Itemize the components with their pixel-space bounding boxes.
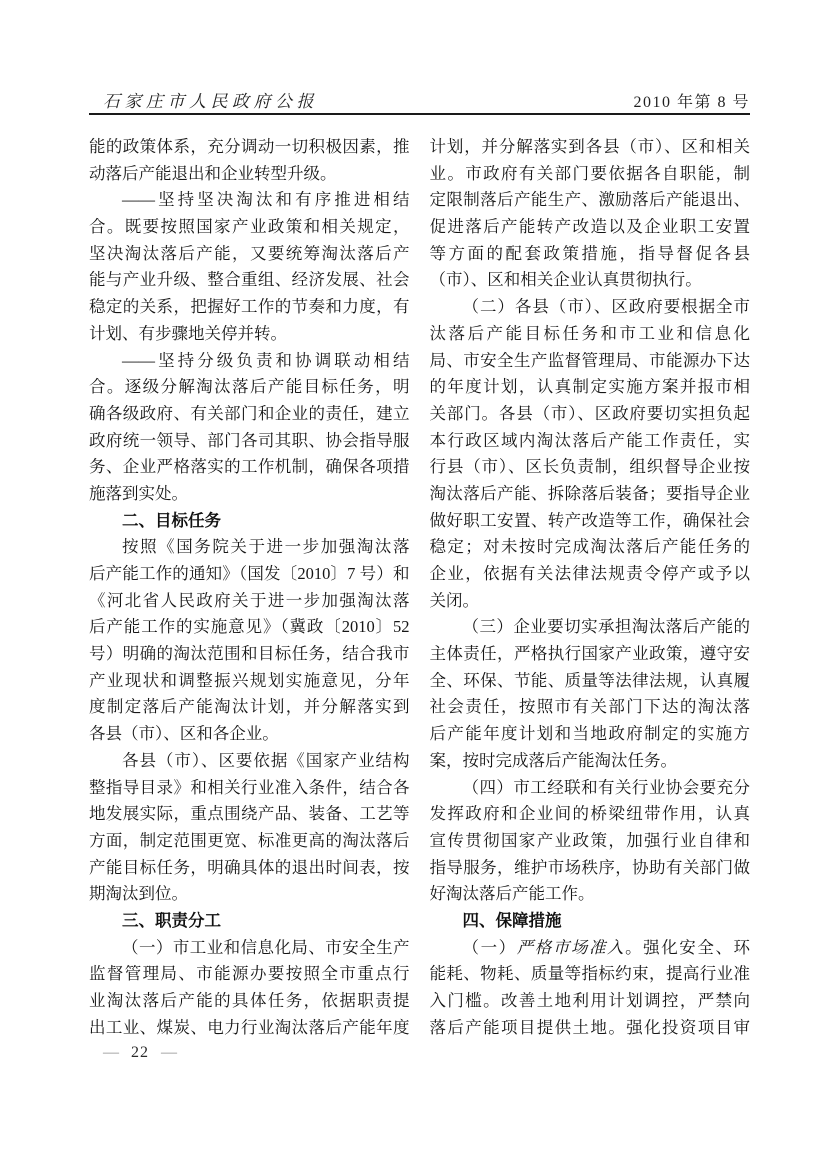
text-line: 等方面的配套政策措施，指导督促各县 xyxy=(430,241,751,268)
footer-dash-left: — xyxy=(103,1044,119,1061)
text-line: （二）各县（市）、区政府要根据全市淘 xyxy=(430,294,751,321)
text-line: 全、环保、节能、质量等法律法规，认真履行 xyxy=(430,668,751,695)
text-line: 计划、有步骤地关停并转。 xyxy=(89,321,410,348)
text-line: 号）明确的淘汰范围和目标任务，结合我市 xyxy=(89,641,410,668)
emphasis-text: 严格市场准入 xyxy=(517,938,625,957)
text-line: 监督管理局、市能源办要按照全市重点行 xyxy=(89,961,410,988)
text-line: （一）市工业和信息化局、市安全生产 xyxy=(89,935,410,962)
text-line: 好淘汰落后产能工作。 xyxy=(430,881,751,908)
text-line: 整指导目录》和相关行业准入条件，结合各 xyxy=(89,775,410,802)
text-line: 社会责任，按照市有关部门下达的淘汰落 xyxy=(430,694,751,721)
text-line: 淘汰落后产能、拆除落后装备；要指导企业 xyxy=(430,481,751,508)
text-line: （市）、区和相关企业认真贯彻执行。 xyxy=(430,267,751,294)
text-line: 务、企业严格落实的工作机制，确保各项措 xyxy=(89,454,410,481)
text-line: 做好职工安置、转产改造等工作，确保社会 xyxy=(430,508,751,535)
text-line: 后产能工作的实施意见》（冀政〔2010〕52 xyxy=(89,614,410,641)
text-line: ——坚持坚决淘汰和有序推进相结 xyxy=(89,187,410,214)
text-line: 后产能工作的通知》（国发〔2010〕7 号）和 xyxy=(89,561,410,588)
text-line: 后产能年度计划和当地政府制定的实施方 xyxy=(430,721,751,748)
text-line: 稳定；对未按时完成淘汰落后产能任务的 xyxy=(430,534,751,561)
column-left: 能的政策体系，充分调动一切积极因素，推动落后产能退出和企业转型升级。——坚持坚决… xyxy=(89,134,410,1041)
text-line: 汰落后产能目标任务和市工业和信息化 xyxy=(430,321,751,348)
text-line: 入门槛。改善土地利用计划调控，严禁向 xyxy=(430,988,751,1015)
text-line: 政府统一领导、部门各司其职、协会指导服 xyxy=(89,428,410,455)
text-line: 业淘汰落后产能的具体任务，依据职责提 xyxy=(89,988,410,1015)
issue-number: 2010 年第 8 号 xyxy=(633,89,750,112)
text-line: 案，按时完成落后产能淘汰任务。 xyxy=(430,748,751,775)
footer-page-number: 22 xyxy=(131,1044,149,1061)
text-line: 定限制落后产能生产、激励落后产能退出、 xyxy=(430,187,751,214)
text-line: 产业现状和调整振兴规划实施意见，分年 xyxy=(89,668,410,695)
text-line: 能与产业升级、整合重组、经济发展、社会 xyxy=(89,267,410,294)
text-line: 施落到实处。 xyxy=(89,481,410,508)
text-line: 的年度计划，认真制定实施方案并报市相 xyxy=(430,374,751,401)
text-line: 能耗、物耗、质量等指标约束，提高行业准 xyxy=(430,961,751,988)
text-line: 按照《国务院关于进一步加强淘汰落 xyxy=(89,534,410,561)
gazette-title: 石家庄市人民政府公报 xyxy=(103,87,318,112)
text-line: 关闭。 xyxy=(430,588,751,615)
section-heading: 二、目标任务 xyxy=(89,508,410,535)
text-line: 落后产能项目提供土地。强化投资项目审 xyxy=(430,1015,751,1042)
text-line: 本行政区域内淘汰落后产能工作责任，实 xyxy=(430,428,751,455)
text-line: 宣传贯彻国家产业政策，加强行业自律和 xyxy=(430,828,751,855)
text-line: 出工业、煤炭、电力行业淘汰落后产能年度 xyxy=(89,1015,410,1042)
text-line: ——坚持分级负责和协调联动相结 xyxy=(89,348,410,375)
text-line: 各县（市）、区要依据《国家产业结构调 xyxy=(89,748,410,775)
article-body: 能的政策体系，充分调动一切积极因素，推动落后产能退出和企业转型升级。——坚持坚决… xyxy=(89,134,750,1041)
text-line: 地发展实际，重点围绕产品、装备、工艺等 xyxy=(89,801,410,828)
text-line: 方面，制定范围更宽、标准更高的淘汰落后 xyxy=(89,828,410,855)
text-line: 计划，并分解落实到各县（市）、区和相关企 xyxy=(430,134,751,161)
text-line: 促进落后产能转产改造以及企业职工安置 xyxy=(430,214,751,241)
text-line: 合。既要按照国家产业政策和相关规定， xyxy=(89,214,410,241)
text-line: 《河北省人民政府关于进一步加强淘汰落 xyxy=(89,588,410,615)
text-line: 业。市政府有关部门要依据各自职能，制 xyxy=(430,161,751,188)
text-line: 动落后产能退出和企业转型升级。 xyxy=(89,161,410,188)
section-heading: 三、职责分工 xyxy=(89,908,410,935)
text-line: （一）严格市场准入。强化安全、环保、 xyxy=(430,935,751,962)
text-line: （四）市工经联和有关行业协会要充分 xyxy=(430,775,751,802)
text-line: 确各级政府、有关部门和企业的责任，建立 xyxy=(89,401,410,428)
text-line: 产能目标任务，明确具体的退出时间表，按 xyxy=(89,855,410,882)
text-line: 度制定落后产能淘汰计划，并分解落实到 xyxy=(89,694,410,721)
text-line: 期淘汰到位。 xyxy=(89,881,410,908)
section-heading: 四、保障措施 xyxy=(430,908,751,935)
text-line: 企业，依据有关法律法规责令停产或予以 xyxy=(430,561,751,588)
gazette-page: 石家庄市人民政府公报 2010 年第 8 号 能的政策体系，充分调动一切积极因素… xyxy=(0,0,826,1169)
column-right: 计划，并分解落实到各县（市）、区和相关企业。市政府有关部门要依据各自职能，制定限… xyxy=(430,134,751,1041)
header-divider xyxy=(89,113,750,115)
text-line: 主体责任，严格执行国家产业政策，遵守安 xyxy=(430,641,751,668)
text-line: 能的政策体系，充分调动一切积极因素，推 xyxy=(89,134,410,161)
text-line: （三）企业要切实承担淘汰落后产能的 xyxy=(430,614,751,641)
text-line: 关部门。各县（市）、区政府要切实担负起 xyxy=(430,401,751,428)
text-line: 行县（市）、区长负责制，组织督导企业按时 xyxy=(430,454,751,481)
text-line: 局、市安全生产监督管理局、市能源办下达 xyxy=(430,348,751,375)
page-footer: —22— xyxy=(103,1042,177,1064)
text-line: 指导服务，维护市场秩序，协助有关部门做 xyxy=(430,855,751,882)
text-line: 稳定的关系，把握好工作的节奏和力度，有 xyxy=(89,294,410,321)
text-line: 坚决淘汰落后产能，又要统筹淘汰落后产 xyxy=(89,241,410,268)
text-line: 各县（市）、区和各企业。 xyxy=(89,721,410,748)
text-line: 合。逐级分解淘汰落后产能目标任务，明 xyxy=(89,374,410,401)
text-line: 发挥政府和企业间的桥梁纽带作用，认真 xyxy=(430,801,751,828)
footer-dash-right: — xyxy=(161,1044,177,1061)
